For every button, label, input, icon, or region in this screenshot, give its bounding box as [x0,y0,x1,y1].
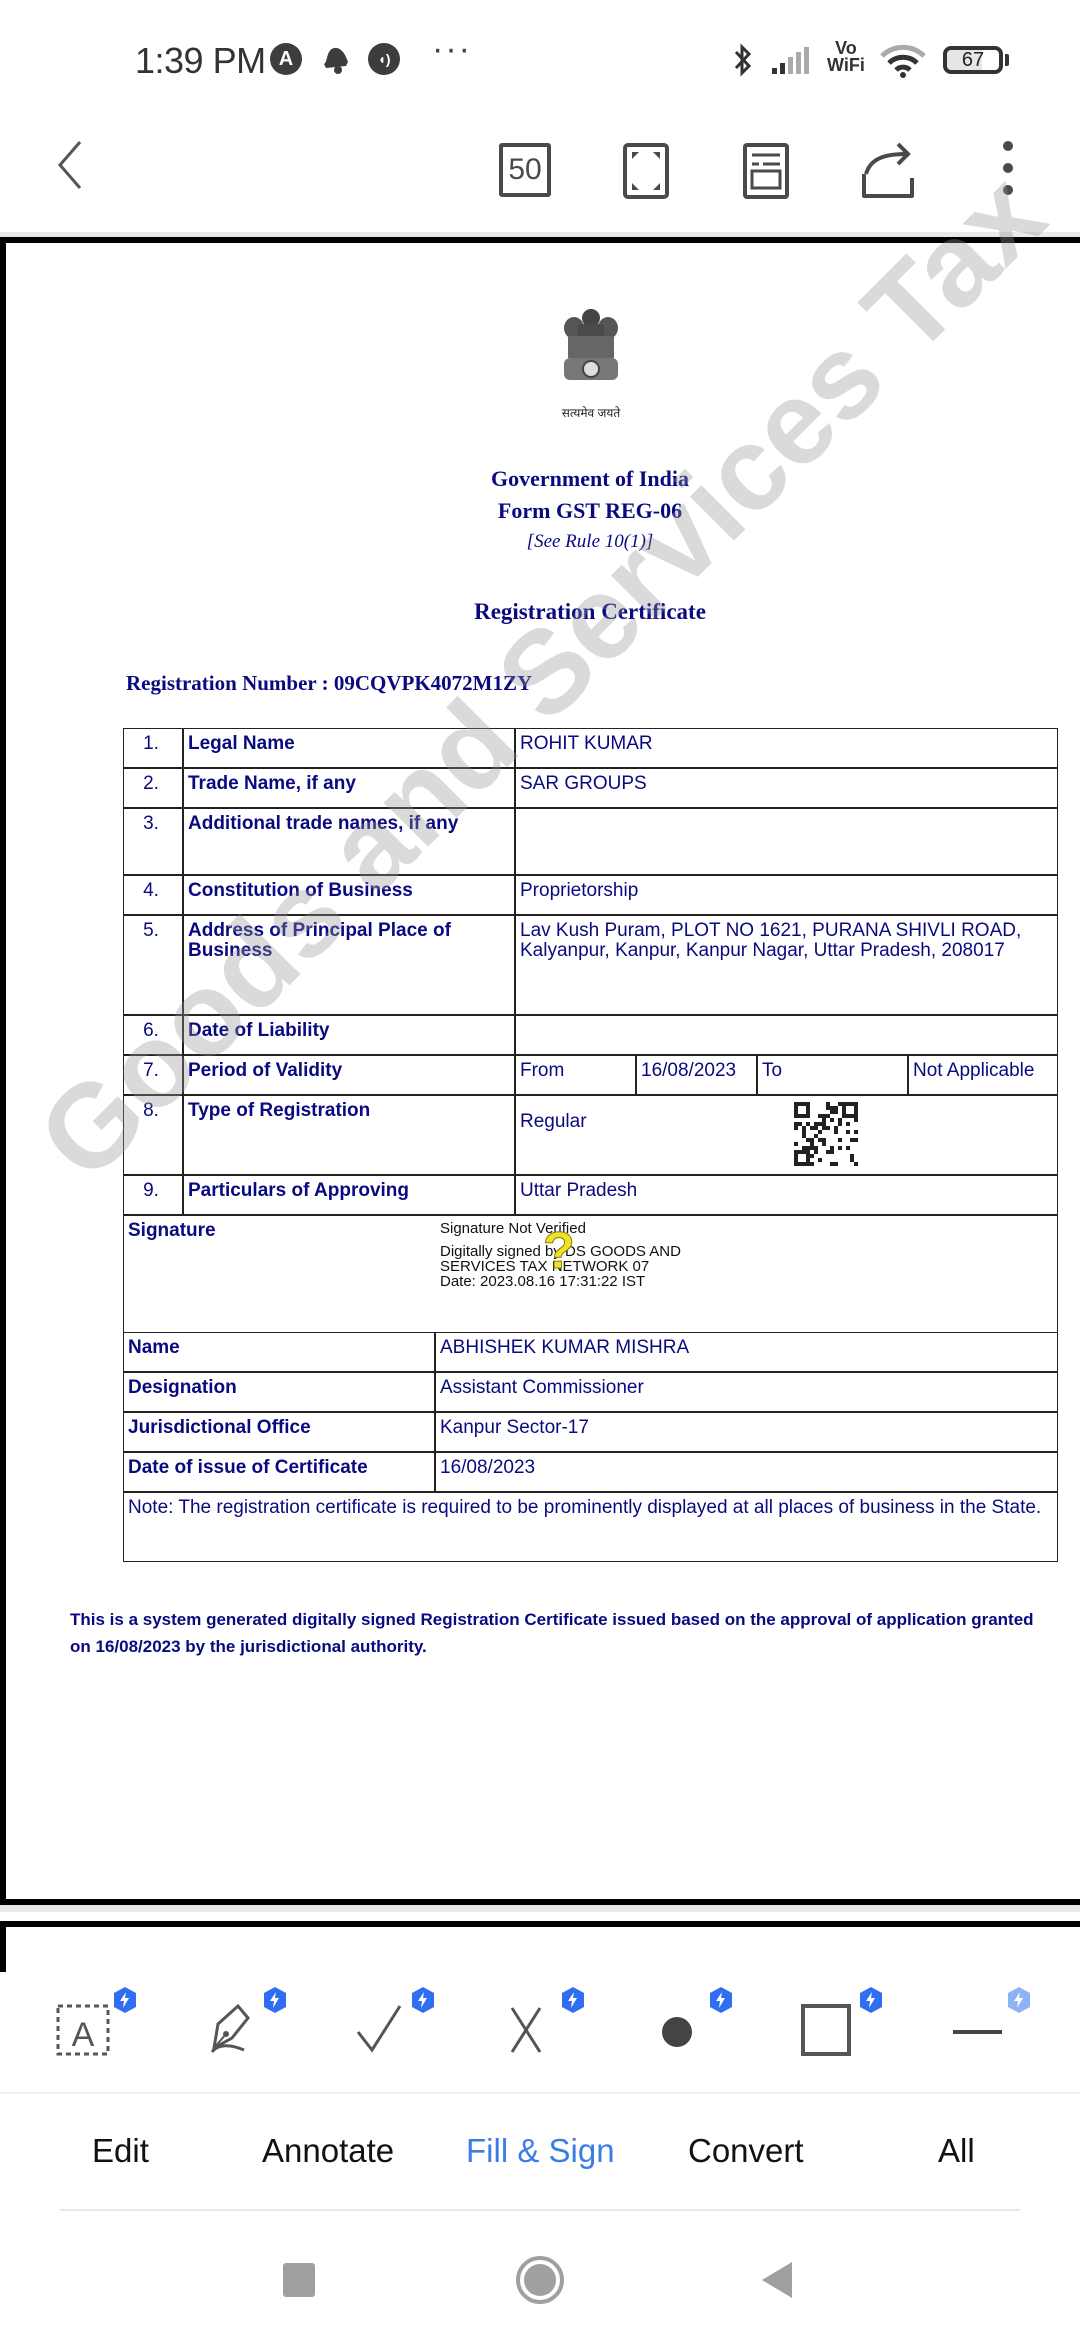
row-value [515,1015,1058,1055]
rule-reference: [See Rule 10(1)] [50,531,1080,553]
row-number: 4. [123,875,183,915]
emblem-motto: सत्यमेव जयते [556,404,626,421]
cast-icon: ◖) [368,43,400,75]
validity-to-label: To [757,1055,908,1095]
premium-badge-icon [410,1986,436,2014]
bell-icon [318,42,352,81]
premium-badge-icon [858,1986,884,2014]
more-notifications-icon: ··· [432,30,472,69]
tab-fill-sign[interactable]: Fill & Sign [466,2132,615,2170]
status-time: 1:39 PM [135,40,266,82]
qr-code[interactable] [794,1102,858,1166]
svg-text:A: A [72,2016,95,2054]
officer-value: ABHISHEK KUMAR MISHRA [435,1332,1058,1372]
row-value: Uttar Pradesh [515,1175,1058,1215]
row-value: SAR GROUPS [515,768,1058,808]
signature-tool[interactable] [200,2000,260,2060]
row-label: Trade Name, if any [183,768,515,808]
row-label: Type of Registration [183,1095,515,1175]
row-label: Constitution of Business [183,875,515,915]
tab-annotate[interactable]: Annotate [262,2132,394,2170]
cross-tool[interactable] [500,2000,560,2060]
text-box-tool[interactable]: A [54,2000,114,2060]
tab-convert[interactable]: Convert [688,2132,804,2170]
premium-badge-icon [560,1986,586,2014]
row-label: Date of Liability [183,1015,515,1055]
checkmark-tool[interactable] [352,2000,412,2060]
share-button[interactable] [860,140,918,205]
row-label: Address of Principal Place of Business [183,915,515,1015]
registration-number-label: Registration Number : [126,671,329,695]
premium-badge-icon [708,1986,734,2014]
form-heading: Form GST REG-06 [50,498,1080,524]
officer-value: 16/08/2023 [435,1452,1058,1492]
validity-from-date: 16/08/2023 [636,1055,757,1095]
back-button[interactable] [54,140,88,188]
battery-tip [1005,54,1009,66]
row-value [515,808,1058,875]
row-number: 2. [123,768,183,808]
officer-label: Designation [123,1372,435,1412]
officer-label: Date of issue of Certificate [123,1452,435,1492]
home-button-inner [524,2264,556,2296]
row-label: Period of Validity [183,1055,515,1095]
recent-apps-button[interactable] [283,2263,315,2297]
officer-value: Kanpur Sector-17 [435,1412,1058,1452]
row-number: 1. [123,728,183,768]
officer-value: Assistant Commissioner [435,1372,1058,1412]
nav-back-button[interactable] [762,2262,792,2298]
row-value: Proprietorship [515,875,1058,915]
certificate-title: Registration Certificate [0,599,1080,625]
registration-number: Registration Number : 09CQVPK4072M1ZY [126,671,532,696]
row-number: 5. [123,915,183,1015]
footer-statement: This is a system generated digitally sig… [70,1606,1034,1660]
premium-badge-icon [1006,1986,1032,2014]
row-number: 3. [123,808,183,875]
tab-all[interactable]: All [938,2132,975,2170]
signature-label: Signature [128,1220,216,1241]
row-value: Lav Kush Puram, PLOT NO 1621, PURANA SHI… [515,915,1058,1015]
row-value: Regular [515,1095,1058,1175]
national-emblem [556,306,626,391]
tab-edit[interactable]: Edit [92,2132,149,2170]
signal-icon [770,46,820,81]
fit-screen-button[interactable] [623,143,669,204]
a-circle-icon: A [270,43,302,75]
validity-from-label: From [515,1055,636,1095]
battery-indicator: 67 [943,46,1003,74]
row-label: Additional trade names, if any [183,808,515,875]
row-label: Legal Name [183,728,515,768]
zoom-level-button[interactable]: 50 [499,143,551,197]
more-options-button[interactable] [1000,140,1016,196]
line-tool[interactable] [948,2000,1008,2060]
row-label: Particulars of Approving [183,1175,515,1215]
validity-to-value: Not Applicable [908,1055,1058,1095]
signature-unverified-icon[interactable]: ? [543,1225,575,1277]
officer-label: Jurisdictional Office [123,1412,435,1452]
registration-number-value: 09CQVPK4072M1ZY [334,671,532,695]
tabs-divider [60,2209,1020,2211]
row-number: 6. [123,1015,183,1055]
rectangle-tool[interactable] [798,2000,858,2060]
vowifi-indicator: VoWiFi [827,40,865,74]
row-number: 9. [123,1175,183,1215]
note-cell: Note: The registration certificate is re… [123,1492,1058,1562]
government-heading: Government of India [50,466,1080,492]
row-number: 7. [123,1055,183,1095]
page-layout-button[interactable] [743,143,789,204]
row-number: 8. [123,1095,183,1175]
wifi-icon [880,44,926,85]
bluetooth-icon [733,42,753,83]
dot-tool[interactable] [648,2000,708,2060]
premium-badge-icon [262,1986,288,2014]
officer-label: Name [123,1332,435,1372]
row-value: ROHIT KUMAR [515,728,1058,768]
premium-badge-icon [112,1986,138,2014]
